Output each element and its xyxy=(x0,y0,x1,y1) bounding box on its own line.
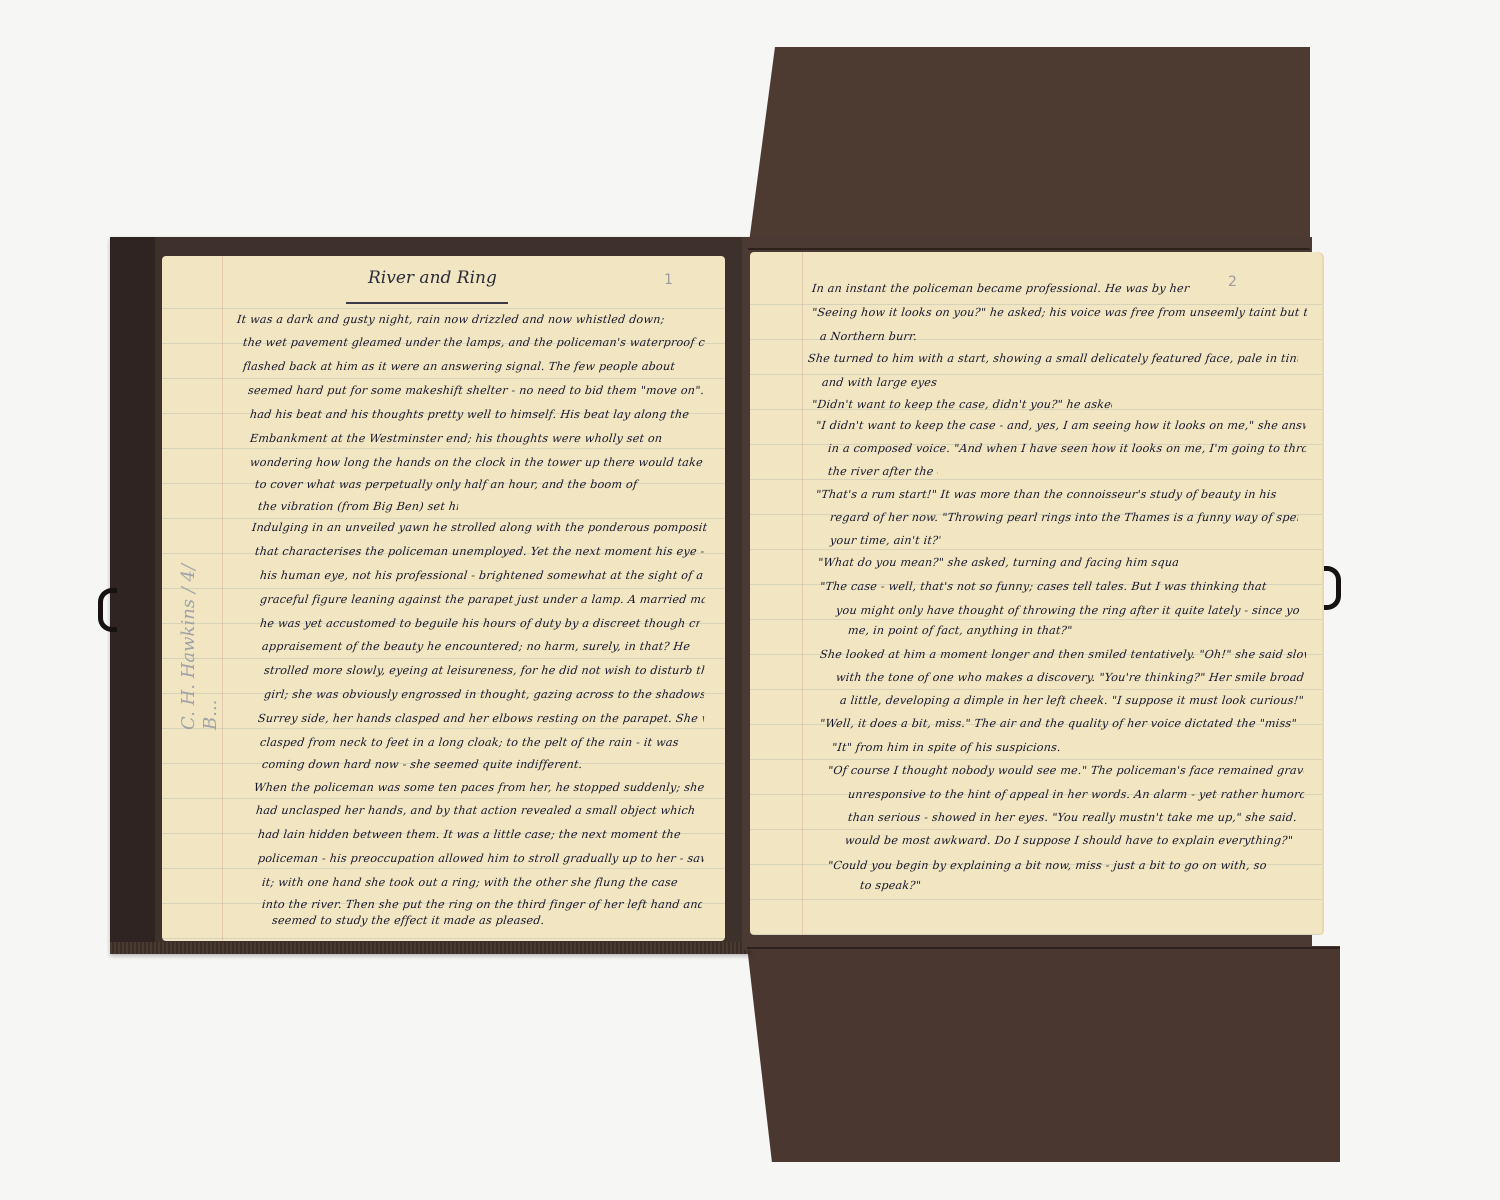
text-line: in a composed voice. "And when I have se… xyxy=(827,442,1306,455)
text-line: than serious - showed in her eyes. "You … xyxy=(847,811,1298,824)
text-line: Indulging in an unveiled yawn he strolle… xyxy=(251,521,707,534)
text-line: "That's a rum start!" It was more than t… xyxy=(815,488,1290,501)
text-line: you might only have thought of throwing … xyxy=(835,604,1300,617)
title-underline xyxy=(346,302,508,304)
text-line: "Well, it does a bit, miss." The air and… xyxy=(819,717,1306,730)
text-line: It was a dark and gusty night, rain now … xyxy=(236,313,705,326)
folder-top-flap[interactable] xyxy=(748,47,1310,250)
text-line: had his beat and his thoughts pretty wel… xyxy=(249,408,706,421)
text-line: the river after the case." xyxy=(827,465,938,478)
manuscript-title: River and Ring xyxy=(368,268,497,288)
text-line: "Could you begin by explaining a bit now… xyxy=(827,859,1304,872)
text-line: She turned to him with a start, showing … xyxy=(807,352,1298,365)
text-line: "What do you mean?" she asked, turning a… xyxy=(817,556,1178,569)
text-line: graceful figure leaning against the para… xyxy=(259,593,705,606)
folder-bottom-flap[interactable] xyxy=(747,946,1340,1162)
text-line: and with large eyes xyxy=(821,376,972,389)
text-line: "It" from him in spite of his suspicions… xyxy=(831,741,1092,754)
text-line: Surrey side, her hands clasped and her e… xyxy=(257,712,704,725)
margin-line xyxy=(802,252,803,935)
top-flap-crease xyxy=(748,248,1310,250)
text-line: "I didn't want to keep the case - and, y… xyxy=(815,419,1306,432)
text-line: seemed to study the effect it made as pl… xyxy=(271,914,562,927)
text-line: coming down hard now - she seemed quite … xyxy=(261,758,602,771)
text-line: policeman - his preoccupation allowed hi… xyxy=(257,852,704,865)
folder-cloth-edge xyxy=(110,942,750,954)
bottom-flap-crease xyxy=(747,947,1340,949)
text-line: it; with one hand she took out a ring; w… xyxy=(261,876,702,889)
text-line: your time, ain't it?" xyxy=(829,534,940,547)
text-line: that characterises the policeman unemplo… xyxy=(254,545,705,558)
text-line: In an instant the policeman became profe… xyxy=(811,282,1192,295)
text-line: a little, developing a dimple in her lef… xyxy=(839,694,1306,707)
text-line: Embankment at the Westminster end; his t… xyxy=(249,432,706,445)
text-line: seemed hard put for some makeshift shelt… xyxy=(247,384,706,397)
text-line: he was yet accustomed to beguile his hou… xyxy=(259,617,700,630)
text-line: the vibration (from Big Ben) set him fre… xyxy=(257,500,458,513)
text-line: with the tone of one who makes a discove… xyxy=(835,671,1304,684)
text-line: appraisement of the beauty he encountere… xyxy=(261,640,702,653)
text-line: to speak?" xyxy=(859,879,940,892)
text-line: the wet pavement gleamed under the lamps… xyxy=(242,336,705,349)
text-line: would be most awkward. Do I suppose I sh… xyxy=(844,834,1295,847)
text-line: "Didn't want to keep the case, didn't yo… xyxy=(811,398,1112,411)
text-line: wondering how long the hands on the cloc… xyxy=(249,456,706,469)
text-line: flashed back at him as it were an answer… xyxy=(242,360,705,373)
text-line: "Of course I thought nobody would see me… xyxy=(827,764,1304,777)
text-line: unresponsive to the hint of appeal in he… xyxy=(847,788,1304,801)
text-line: strolled more slowly, eyeing at leisuren… xyxy=(263,664,704,677)
text-line: had unclasped her hands, and by that act… xyxy=(255,804,704,817)
text-line: into the river. Then she put the ring on… xyxy=(261,898,702,911)
folder-tie-right-icon[interactable] xyxy=(1320,566,1341,610)
text-line: his human eye, not his professional - br… xyxy=(259,569,705,582)
text-line: girl; she was obviously engrossed in tho… xyxy=(263,688,704,701)
text-line: clasped from neck to feet in a long cloa… xyxy=(259,736,704,749)
text-line: "The case - well, that's not so funny; c… xyxy=(819,580,1300,593)
text-line: "Seeing how it looks on you?" he asked; … xyxy=(811,306,1307,319)
text-line: When the policeman was some ten paces fr… xyxy=(253,781,704,794)
text-line: me, in point of fact, anything in that?" xyxy=(847,624,1078,637)
text-line: a Northern burr. xyxy=(819,330,940,343)
page-number-1: 1 xyxy=(664,272,673,288)
text-line: to cover what was perpetually only half … xyxy=(254,478,705,491)
pencil-annotation: C. H. Hawkins / 4/ B... xyxy=(178,530,238,730)
text-line: regard of her now. "Throwing pearl rings… xyxy=(829,511,1298,524)
folder-tie-left-icon[interactable] xyxy=(98,588,117,632)
text-line: She looked at him a moment longer and th… xyxy=(819,648,1306,661)
text-line: had lain hidden between them. It was a l… xyxy=(257,828,700,841)
page-number-2: 2 xyxy=(1228,274,1237,290)
